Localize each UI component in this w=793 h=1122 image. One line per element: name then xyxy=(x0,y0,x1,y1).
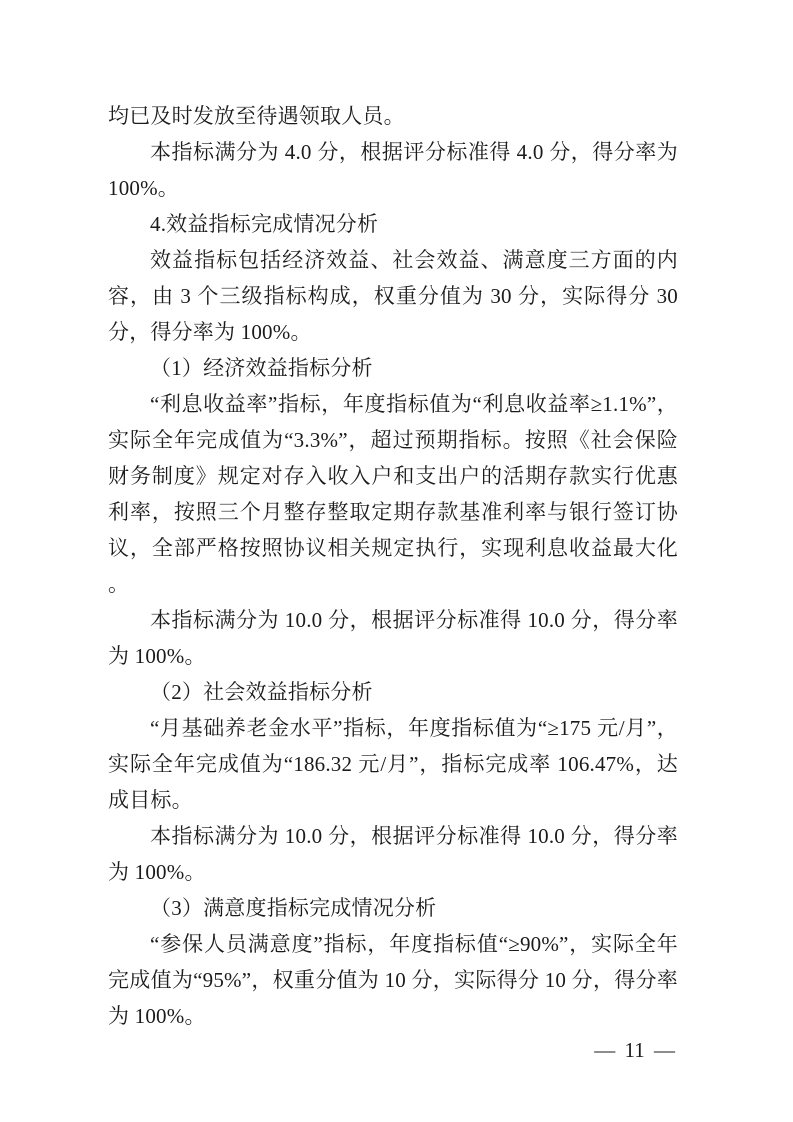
paragraph: （2）社会效益指标分析 xyxy=(108,674,678,710)
paragraph: “参保人员满意度”指标，年度指标值“≥90%”，实际全年完成值为“95%”，权重… xyxy=(108,926,678,1034)
paragraph: （3）满意度指标完成情况分析 xyxy=(108,890,678,926)
paragraph: 均已及时发放至待遇领取人员。 xyxy=(108,98,678,134)
paragraph: “月基础养老金水平”指标，年度指标值为“≥175 元/月”，实际全年完成值为“1… xyxy=(108,710,678,818)
paragraph: 效益指标包括经济效益、社会效益、满意度三方面的内容，由 3 个三级指标构成，权重… xyxy=(108,242,678,350)
paragraph: 本指标满分为 10.0 分，根据评分标准得 10.0 分，得分率为 100%。 xyxy=(108,602,678,674)
paragraph: “利息收益率”指标，年度指标值为“利息收益率≥1.1%”，实际全年完成值为“3.… xyxy=(108,386,678,602)
paragraph: 本指标满分为 10.0 分，根据评分标准得 10.0 分，得分率为 100%。 xyxy=(108,818,678,890)
document-body: 均已及时发放至待遇领取人员。本指标满分为 4.0 分，根据评分标准得 4.0 分… xyxy=(108,98,678,1034)
document-page: 均已及时发放至待遇领取人员。本指标满分为 4.0 分，根据评分标准得 4.0 分… xyxy=(0,0,793,1122)
paragraph: 4.效益指标完成情况分析 xyxy=(108,206,678,242)
paragraph: 本指标满分为 4.0 分，根据评分标准得 4.0 分，得分率为 100%。 xyxy=(108,134,678,206)
page-number: — 11 — xyxy=(594,1038,675,1062)
paragraph: （1）经济效益指标分析 xyxy=(108,350,678,386)
